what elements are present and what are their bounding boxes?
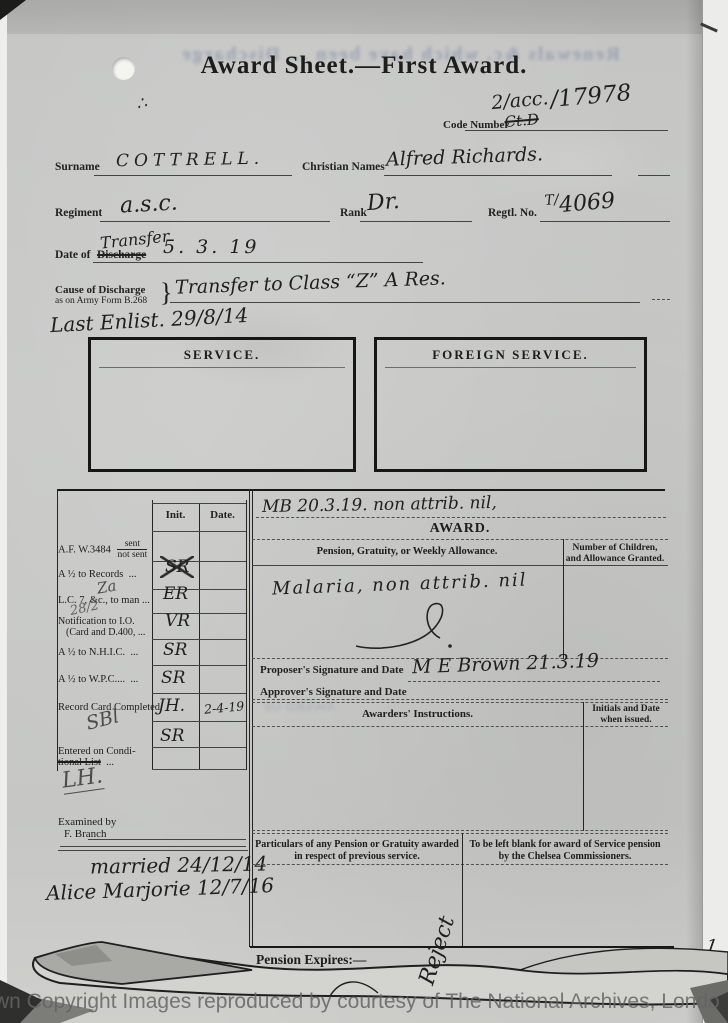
row-line xyxy=(152,665,246,666)
frac-not-sent: not sent xyxy=(117,550,147,560)
service-box-rule xyxy=(99,367,345,368)
cause-label-1: Cause of Discharge xyxy=(55,284,145,296)
page-title: Award Sheet.—First Award. xyxy=(164,52,564,80)
award-line xyxy=(256,517,666,518)
award-line xyxy=(252,830,668,831)
initials-col-divider xyxy=(583,702,584,831)
init-lc7: ER xyxy=(163,584,188,604)
service-box: SERVICE. xyxy=(88,337,356,472)
right-white-edge xyxy=(702,0,728,1023)
left-border xyxy=(57,489,58,771)
service-box-title: SERVICE. xyxy=(91,347,353,363)
date-record-card: 2-4-19 xyxy=(203,698,244,716)
row-line xyxy=(152,769,246,770)
ink-mark: ∴ xyxy=(134,93,150,115)
scanned-form-page: Renewals &c. which have been … Discharge… xyxy=(0,0,728,1023)
row-label-notification-2: (Card and D.400, ... xyxy=(66,627,145,638)
regiment-value: a.s.c. xyxy=(119,191,178,219)
malaria-note: Malaria, non attrib. nil xyxy=(272,570,528,600)
award-line xyxy=(252,833,668,834)
christian-names-line xyxy=(384,175,612,176)
foreign-service-box: FOREIGN SERVICE. xyxy=(374,337,647,472)
awarders-instructions-label: Awarders' Instructions. xyxy=(252,708,583,720)
row-line xyxy=(152,503,246,504)
initials-when-issued-label: Initials and Date when issued. xyxy=(585,704,667,727)
foreign-service-box-rule xyxy=(385,367,636,368)
award-title: AWARD. xyxy=(252,521,668,537)
cause-short-dash xyxy=(652,299,670,300)
top-shade-band xyxy=(0,0,728,34)
regtl-no-line xyxy=(540,221,670,222)
pencil-lh: LH. xyxy=(60,763,104,794)
award-line xyxy=(252,699,668,700)
award-line xyxy=(252,864,668,865)
date-of-label: Date of xyxy=(55,249,90,261)
transfer-written: Transfer xyxy=(99,226,170,252)
row-label-wpc: A ½ to W.P.C.... ... xyxy=(58,674,138,685)
particulars-label: Particulars of any Pension or Gratuity a… xyxy=(254,839,460,863)
double-line-1 xyxy=(60,846,246,847)
row-line xyxy=(152,747,246,748)
right-edge-shadow xyxy=(686,0,702,1023)
surname-value: COTTRELL. xyxy=(116,149,264,172)
proposer-underline xyxy=(408,681,660,682)
award-line xyxy=(252,539,668,540)
rank-line xyxy=(360,221,472,222)
row-label-nhic: A ½ to N.H.I.C. ... xyxy=(58,647,138,658)
table-right xyxy=(246,500,247,770)
init-record-card: JH. xyxy=(158,696,185,716)
brace: } xyxy=(160,278,172,308)
regtl-no-prefix: T/ xyxy=(544,192,559,209)
col-header-init: Init. xyxy=(152,509,199,521)
table-left xyxy=(152,500,153,770)
cause-value: Transfer to Class “Z” A Res. xyxy=(175,267,446,298)
row-label-afw3484: A.F. W.3484 sent not sent xyxy=(58,539,147,561)
date-line xyxy=(93,262,423,263)
init-nhic: SR xyxy=(163,640,187,660)
surname-label: Surname xyxy=(55,161,100,173)
init-records: SR xyxy=(160,556,194,578)
code-number-top: 2/acc. xyxy=(491,87,550,114)
hole-punch xyxy=(112,57,135,80)
row-label-records: A ½ to Records ... xyxy=(58,569,136,580)
proposer-label: Proposer's Signature and Date xyxy=(260,664,404,676)
regtl-no-number: 4069 xyxy=(558,188,616,218)
row-line xyxy=(152,721,246,722)
rank-value: Dr. xyxy=(366,189,400,216)
code-number-group: 2/acc. Ct.D /17978 xyxy=(491,80,634,132)
award-line xyxy=(252,702,668,703)
left-white-edge xyxy=(0,0,7,1023)
children-col-divider xyxy=(563,539,564,659)
examined-line xyxy=(88,839,246,840)
rank-label: Rank xyxy=(340,207,367,219)
double-line-2 xyxy=(58,850,248,851)
date-of-transfer-value: 5. 3. 19 xyxy=(163,236,260,258)
init-extra: SR xyxy=(160,726,184,746)
table-mid xyxy=(199,503,200,770)
regtl-no-value: T/4069 xyxy=(544,187,616,219)
cause-label-2: as on Army Form B.268 xyxy=(55,296,147,306)
surname-line xyxy=(94,175,292,176)
row-label-notification: Notification to I.O. xyxy=(58,616,135,627)
init-wpc: SR xyxy=(161,668,185,688)
col-header-date: Date. xyxy=(199,509,246,521)
approver-label: Approver's Signature and Date xyxy=(260,686,407,698)
code-number-line xyxy=(465,130,668,131)
code-number-value: /17978 xyxy=(549,80,632,113)
row-line xyxy=(152,531,246,532)
regtl-no-label: Regtl. No. xyxy=(488,207,537,219)
pension-col-header: Pension, Gratuity, or Weekly Allowance. xyxy=(262,546,552,557)
alice-note: Alice Marjorie 12/7/16 xyxy=(46,873,275,905)
christian-names-label: Christian Names xyxy=(302,161,385,173)
section-top-rule xyxy=(57,489,665,491)
frac-sent: sent xyxy=(117,539,147,550)
foreign-service-box-title: FOREIGN SERVICE. xyxy=(377,347,644,363)
mb-note: MB 20.3.19. non attrib. nil, xyxy=(262,493,497,517)
examined-by-label: Examined by xyxy=(58,816,116,828)
row-label-entered: Entered on Condi- xyxy=(58,746,136,757)
award-line xyxy=(252,565,668,566)
enlist-note: Last Enlist. 29/8/14 xyxy=(50,303,249,337)
pencil-za: Za xyxy=(96,576,118,597)
regiment-line xyxy=(100,221,330,222)
award-line xyxy=(252,726,668,727)
chelsea-blank-label: To be left blank for award of Service pe… xyxy=(464,839,666,863)
regiment-label: Regiment xyxy=(55,207,102,219)
flourish-signature xyxy=(350,596,480,658)
init-notification: VR xyxy=(165,611,190,631)
row-line xyxy=(152,693,246,694)
short-line xyxy=(638,175,670,176)
christian-names-value: Alfred Richards. xyxy=(386,143,544,170)
children-col-header: Number of Children, and Allowance Grante… xyxy=(564,543,666,565)
watermark: wn Copyright Images reproduced by courte… xyxy=(0,990,728,1014)
